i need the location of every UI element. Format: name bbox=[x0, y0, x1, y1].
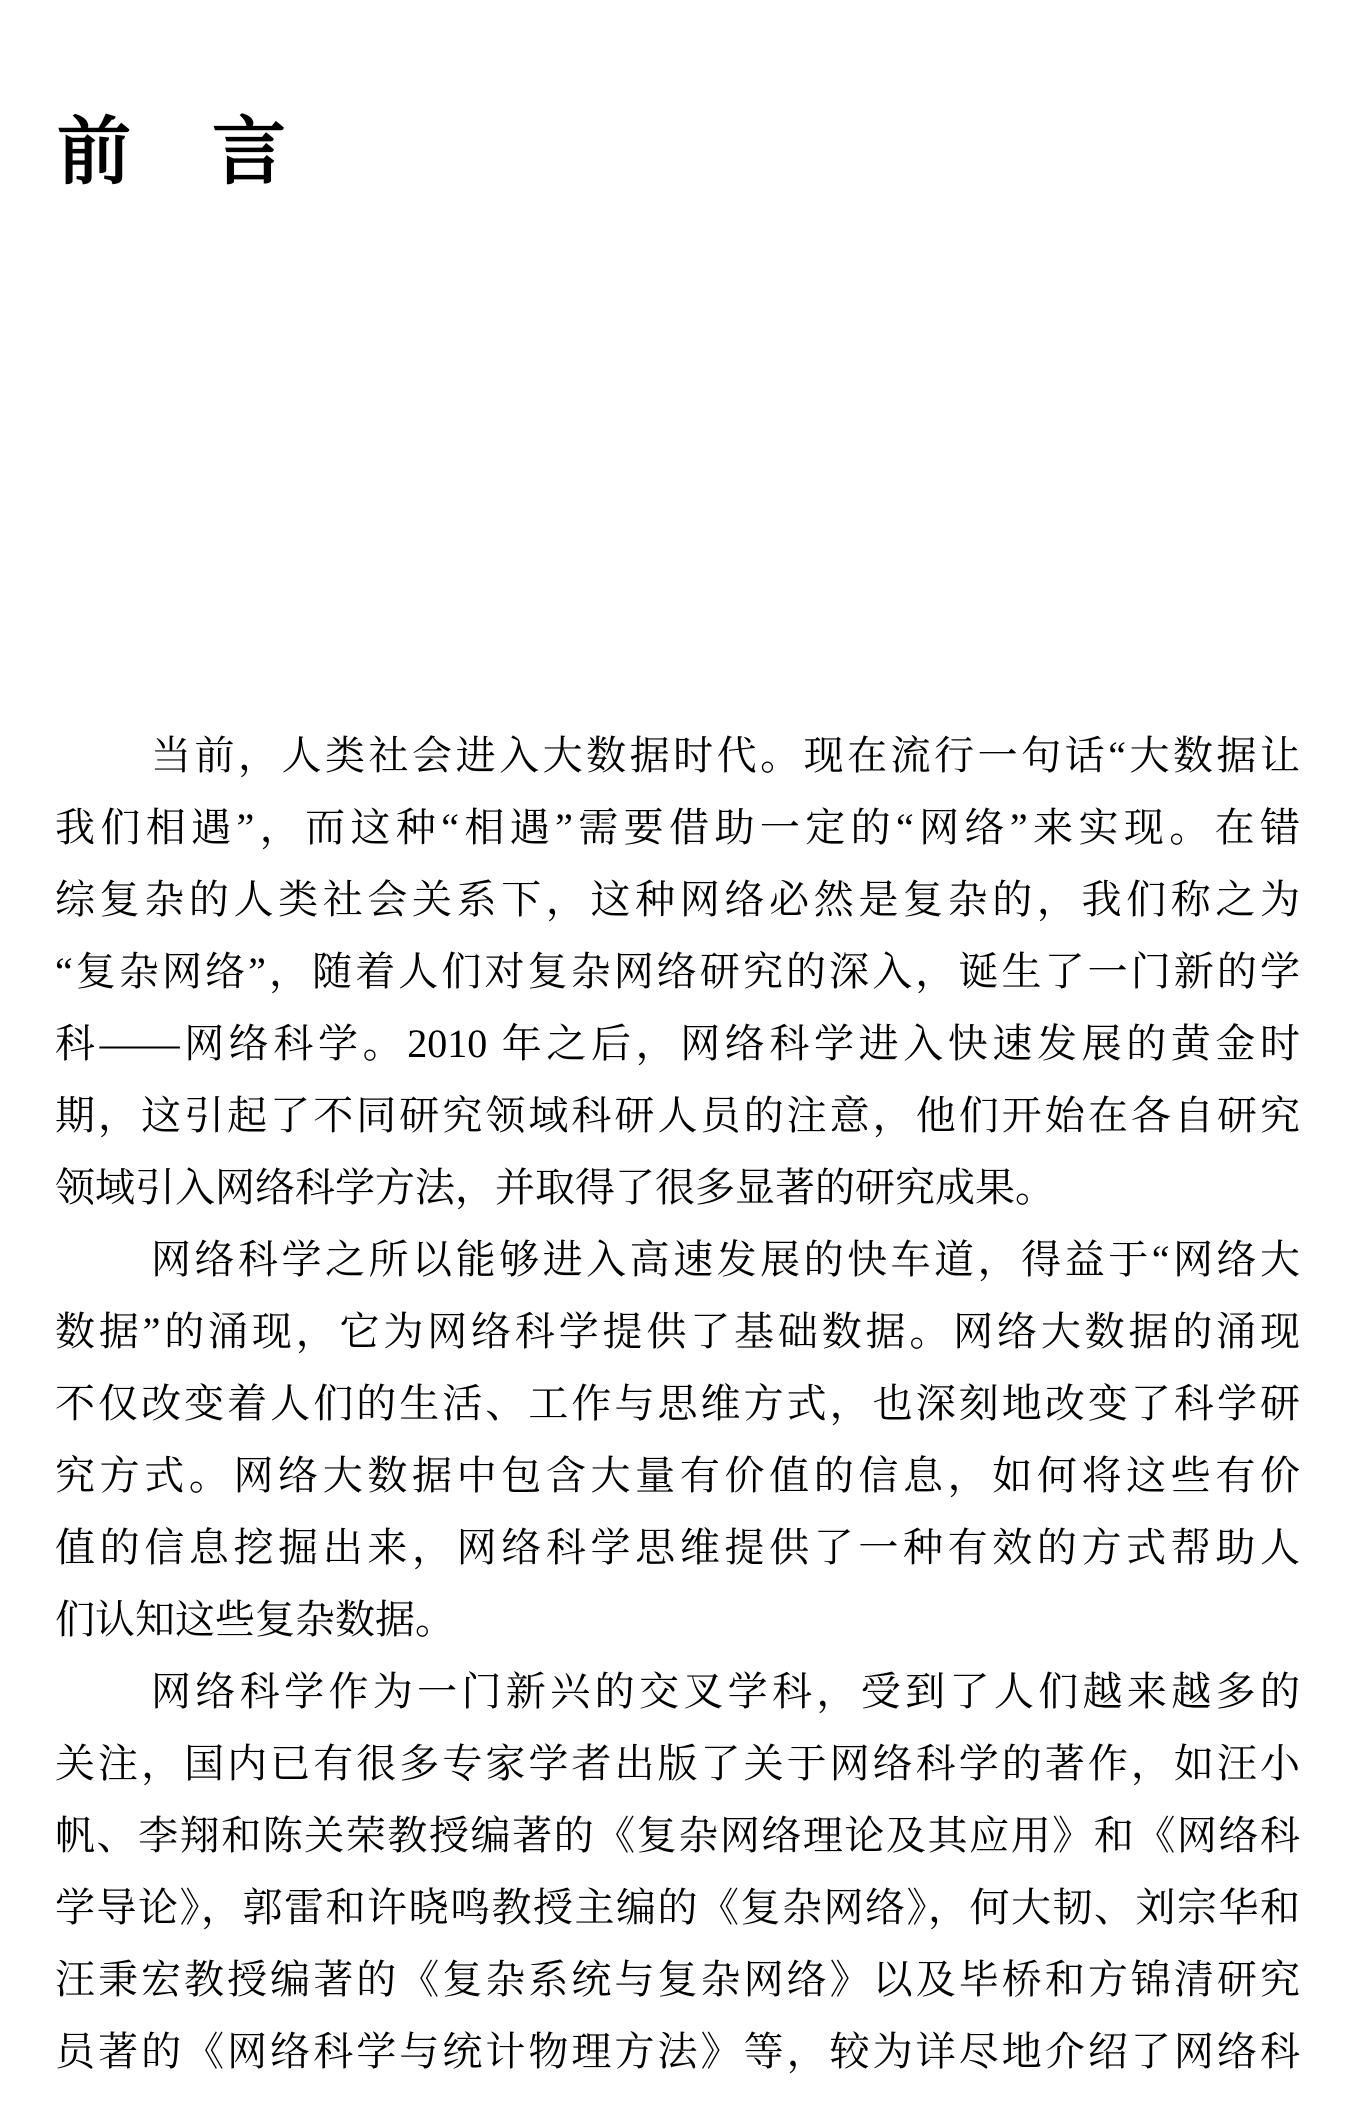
text-line: 关注，国内已有很多专家学者出版了关于网络科学的著作，如汪小 bbox=[55, 1728, 1300, 1800]
text-line: 数据”的涌现，它为网络科学提供了基础数据。网络大数据的涌现 bbox=[55, 1296, 1300, 1368]
text-line: 科——网络科学。2010 年之后，网络科学进入快速发展的黄金时 bbox=[55, 1008, 1300, 1080]
text-line: 学导论》，郭雷和许晓鸣教授主编的《复杂网络》，何大韧、刘宗华和 bbox=[55, 1872, 1300, 1944]
text-line: 网络科学作为一门新兴的交叉学科，受到了人们越来越多的 bbox=[55, 1656, 1300, 1728]
preface-body: 当前，人类社会进入大数据时代。现在流行一句话“大数据让 我们相遇”，而这种“相遇… bbox=[55, 720, 1300, 2088]
page-title: 前言 bbox=[57, 116, 367, 190]
text-line: 帆、李翔和陈关荣教授编著的《复杂网络理论及其应用》和《网络科 bbox=[55, 1800, 1300, 1872]
text-line: “复杂网络”，随着人们对复杂网络研究的深入，诞生了一门新的学 bbox=[55, 936, 1300, 1008]
text-line: 我们相遇”，而这种“相遇”需要借助一定的“网络”来实现。在错 bbox=[55, 792, 1300, 864]
text-line: 综复杂的人类社会关系下，这种网络必然是复杂的，我们称之为 bbox=[55, 864, 1300, 936]
text-line: 期，这引起了不同研究领域科研人员的注意，他们开始在各自研究 bbox=[55, 1080, 1300, 1152]
text-line: 汪秉宏教授编著的《复杂系统与复杂网络》以及毕桥和方锦清研究 bbox=[55, 1944, 1300, 2016]
book-page: 前言 当前，人类社会进入大数据时代。现在流行一句话“大数据让 我们相遇”，而这种… bbox=[0, 0, 1357, 2126]
text-line: 网络科学之所以能够进入高速发展的快车道，得益于“网络大 bbox=[55, 1224, 1300, 1296]
text-line: 不仅改变着人们的生活、工作与思维方式，也深刻地改变了科学研 bbox=[55, 1368, 1300, 1440]
text-line: 领域引入网络科学方法，并取得了很多显著的研究成果。 bbox=[55, 1152, 1300, 1224]
text-line: 当前，人类社会进入大数据时代。现在流行一句话“大数据让 bbox=[55, 720, 1300, 792]
text-line: 们认知这些复杂数据。 bbox=[55, 1584, 1300, 1656]
text-line: 值的信息挖掘出来，网络科学思维提供了一种有效的方式帮助人 bbox=[55, 1512, 1300, 1584]
text-line: 究方式。网络大数据中包含大量有价值的信息，如何将这些有价 bbox=[55, 1440, 1300, 1512]
text-line: 员著的《网络科学与统计物理方法》等，较为详尽地介绍了网络科 bbox=[55, 2016, 1300, 2088]
